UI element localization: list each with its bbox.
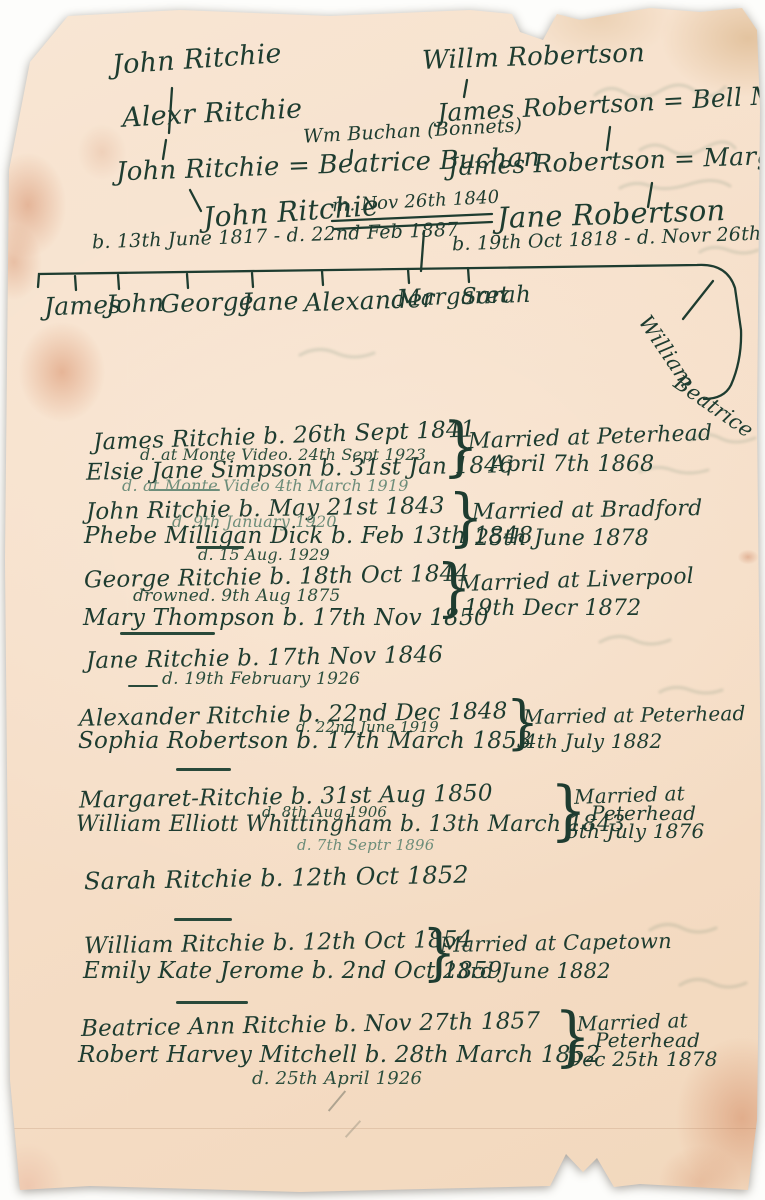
entry-john-spouse-note: d. 15 Aug. 1929 <box>198 547 330 563</box>
entry-beatrice-spouse-note: d. 25th April 1926 <box>252 1070 422 1088</box>
paper-sheet-wrap: John Ritchie Alexr Ritchie Wm Buchan (Bo… <box>0 0 765 1200</box>
child-george: George <box>160 288 255 316</box>
entry-george-spouse: Mary Thompson b. 17th Nov 1850 <box>83 607 489 630</box>
entry-sarah-person: Sarah Ritchie b. 12th Oct 1852 <box>84 863 469 894</box>
entry-james-spouse-note: d. at Monte Video 4th March 1919 <box>122 478 409 494</box>
child-sarah: Sarah <box>461 284 532 309</box>
entry-john-married-date: 25th June 1878 <box>475 528 649 550</box>
scanned-genealogy-document: { "colors": { "ink": "#1e3c30", "ink_lig… <box>0 0 765 1200</box>
ancestor-willm-robertson: Willm Robertson <box>422 40 646 74</box>
crease-line <box>0 1128 765 1129</box>
pen-stroke-thompson-underline <box>120 632 215 635</box>
pen-stroke-monte-video <box>150 489 220 491</box>
entry-beatrice-spouse: Robert Harvey Mitchell b. 28th March 185… <box>78 1044 600 1067</box>
paper-sheet: John Ritchie Alexr Ritchie Wm Buchan (Bo… <box>0 0 765 1200</box>
entry-john-married-at: Married at Bradford <box>472 498 703 524</box>
pen-stroke-jane-dash <box>128 685 158 687</box>
entry-george-person-note: drowned. 9th Aug 1875 <box>133 588 340 605</box>
entry-jane-person-note: d. 19th February 1926 <box>162 671 360 688</box>
entry-margaret-spouse-note: d. 7th Septr 1896 <box>297 838 434 853</box>
pen-stroke-dick-underline <box>196 546 244 549</box>
entry-james-married-date: April 7th 1868 <box>490 454 654 476</box>
pen-stroke-separator-1 <box>176 768 231 771</box>
entry-beatrice-married-date: Dec 25th 1878 <box>566 1049 718 1069</box>
pen-stroke-separator-3 <box>176 1001 248 1004</box>
entry-margaret-spouse: William Elliott Whittingham b. 13th Marc… <box>76 814 625 836</box>
entry-alexander-married-date: 4th July 1882 <box>524 731 662 751</box>
entry-george-married-date: 19th Decr 1872 <box>464 598 641 620</box>
entry-alexander-spouse: Sophia Robertson b. 17th March 1853 <box>78 730 532 753</box>
child-john: John <box>106 290 165 317</box>
entry-margaret-married-date: 6th July 1876 <box>566 821 704 841</box>
entry-william-married-date: 23rd June 1882 <box>443 961 611 982</box>
child-jane: Jane <box>242 288 299 315</box>
entry-alexander-married-at: Married at Peterhead <box>523 703 746 727</box>
pen-stroke-separator-2 <box>174 918 232 921</box>
entry-william-married-at: Married at Capetown <box>440 931 672 956</box>
